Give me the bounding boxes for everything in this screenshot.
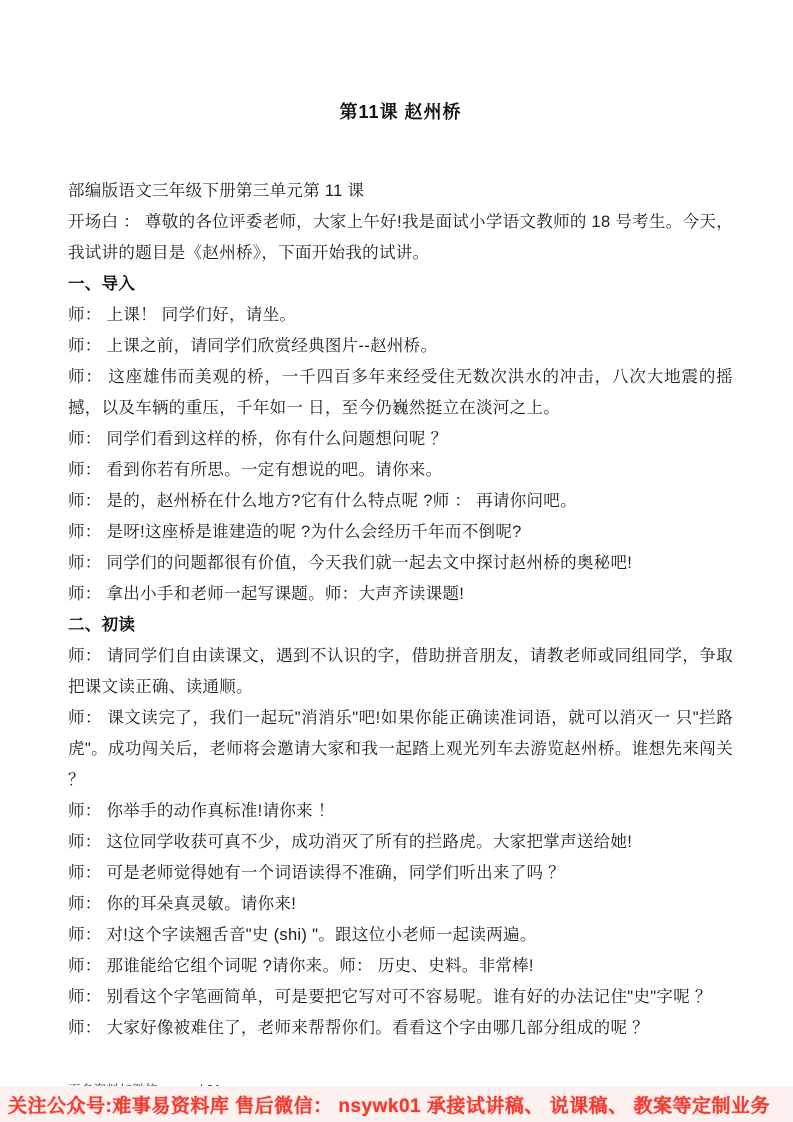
paragraph: 师： 是的，赵州桥在什么地方?它有什么特点呢 ?师 ： 再请你问吧。 [68,486,733,517]
paragraph: 师： 大家好像被难住了，老师来帮帮你们。看看这个字由哪几部分组成的呢 ？ [68,1013,733,1044]
paragraph: 师： 这位同学收获可真不少，成功消灭了所有的拦路虎。大家把掌声送给她! [68,827,733,858]
paragraph: 开场白 ： 尊敬的各位评委老师，大家上午好!我是面试小学语文教师的 18 号考生… [68,207,733,269]
paragraph: 师： 那谁能给它组个词呢 ?请你来。师： 历史、史料。非常棒! [68,951,733,982]
paragraph: 部编版语文三年级下册第三单元第 11 课 [68,176,733,207]
document-page: 第11课 赵州桥 部编版语文三年级下册第三单元第 11 课开场白 ： 尊敬的各位… [0,0,793,1098]
paragraph: 师： 同学们的问题都很有价值，今天我们就一起去文中探讨赵州桥的奥秘吧! [68,548,733,579]
paragraph: 师： 拿出小手和老师一起写课题。师：大声齐读课题! [68,579,733,610]
document-body: 部编版语文三年级下册第三单元第 11 课开场白 ： 尊敬的各位评委老师，大家上午… [68,176,733,1044]
paragraph: 师： 对!这个字读翘舌音"史 (shi) "。跟这位小老师一起读两遍。 [68,920,733,951]
section-heading: 二、初读 [68,610,733,641]
page-title: 第11课 赵州桥 [68,98,733,124]
paragraph: 师： 这座雄伟而美观的桥，一千四百多年来经受住无数次洪水的冲击，八次大地震的摇撼… [68,362,733,424]
paragraph: 师： 看到你若有所思。一定有想说的吧。请你来。 [68,455,733,486]
paragraph: 师： 可是老师觉得她有一个词语读得不准确，同学们听出来了吗 ？ [68,858,733,889]
paragraph: 师： 你举手的动作真标准!请你来 ！ [68,796,733,827]
paragraph: 师： 同学们看到这样的桥，你有什么问题想问呢 ？ [68,424,733,455]
promo-banner: 关注公众号:难事易资料库 售后微信： nsywk01 承接试讲稿、 说课稿、 教… [0,1086,793,1122]
paragraph: 师： 别看这个字笔画简单，可是要把它写对可不容易呢。谁有好的办法记住"史"字呢 … [68,982,733,1013]
paragraph: 师： 课文读完了，我们一起玩"消消乐"吧!如果你能正确读准词语，就可以消灭一 只… [68,703,733,796]
paragraph: 师： 请同学们自由读课文，遇到不认识的字，借助拼音朋友，请教老师或同组同学，争取… [68,641,733,703]
paragraph: 师： 上课之前，请同学们欣赏经典图片--赵州桥。 [68,331,733,362]
paragraph: 师： 上课！ 同学们好，请坐。 [68,300,733,331]
paragraph: 师： 你的耳朵真灵敏。请你来! [68,889,733,920]
section-heading: 一、导入 [68,269,733,300]
paragraph: 师： 是呀!这座桥是谁建造的呢 ?为什么会经历千年而不倒呢? [68,517,733,548]
promo-banner-text: 关注公众号:难事易资料库 售后微信： nsywk01 承接试讲稿、 说课稿、 教… [0,1091,770,1118]
